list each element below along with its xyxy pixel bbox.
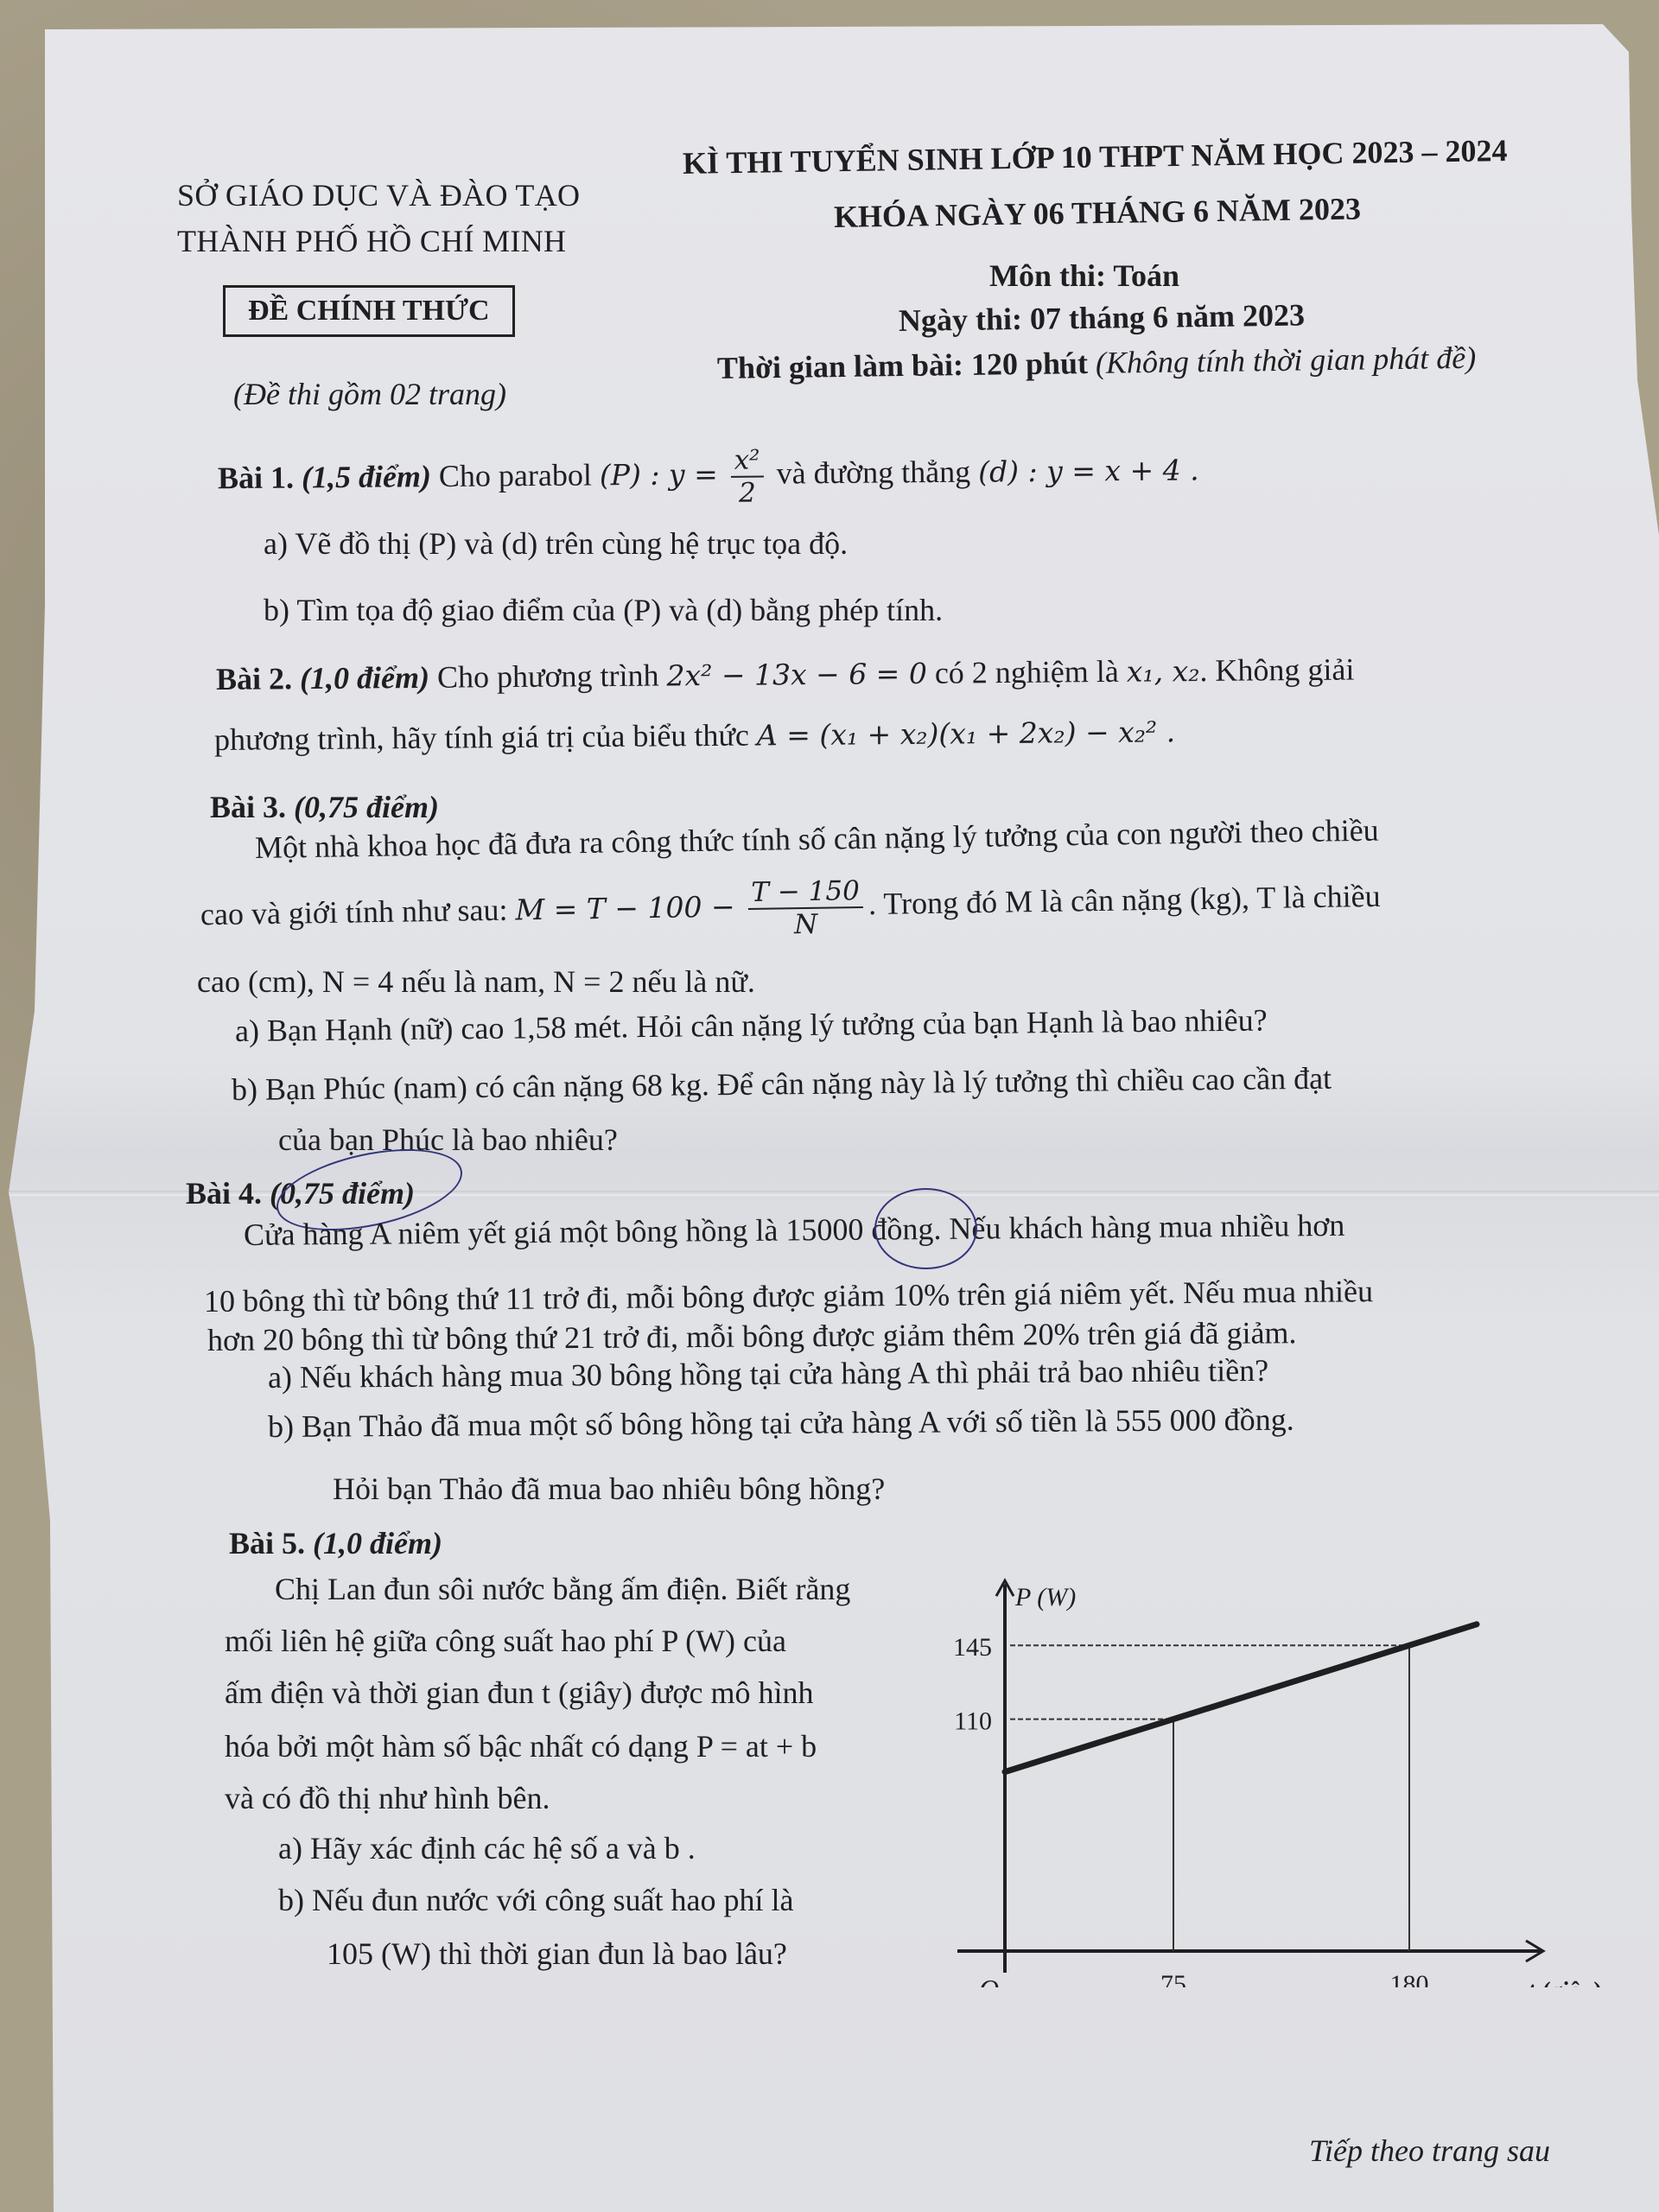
problem-3-text: cao và giới tính như sau: [200, 893, 508, 932]
expression-a: A = (x₁ + x₂)(x₁ + 2x₂) − x₂² . [757, 715, 1176, 752]
problem-3-label: Bài 3. [210, 790, 286, 824]
problem-4-line2: 10 bông thì từ bông thứ 11 trở đi, mỗi b… [204, 1273, 1373, 1319]
problem-1-intro-mid: và đường thẳng [776, 454, 970, 491]
x-tick-label: 180 [1390, 1970, 1429, 1987]
duration-label: Thời gian làm bài: 120 phút [717, 346, 1089, 385]
duration-note: (Không tính thời gian phát đề) [1096, 340, 1477, 380]
quadratic-equation: 2x² − 13x − 6 = 0 [666, 657, 927, 693]
exam-paper: SỞ GIÁO DỤC VÀ ĐÀO TẠO THÀNH PHỐ HỒ CHÍ … [0, 0, 1659, 2212]
problem-5-line4: hóa bởi một hàm số bậc nhất có dạng P = … [225, 1728, 817, 1764]
problem-2-label: Bài 2. [216, 661, 292, 696]
problem-5-line5: và có đồ thị như hình bên. [225, 1780, 550, 1816]
exam-subject: Môn thi: Toán [989, 257, 1179, 294]
roots: x₁, x₂ [1127, 654, 1200, 689]
problem-4b-line1: b) Bạn Thảo đã mua một số bông hồng tại … [268, 1402, 1294, 1445]
problem-4-label: Bài 4. [186, 1176, 262, 1211]
problem-4-text: Cửa hàng A niêm yết giá một bông hồng là [244, 1213, 779, 1252]
problem-5-line2: mối liên hệ giữa công suất hao phí P (W)… [225, 1623, 786, 1659]
problem-2-text: Cho phương trình [437, 658, 659, 695]
problem-2-points: (1,0 điểm) [300, 660, 429, 696]
problem-5-line1: Chị Lan đun sôi nước bằng ấm điện. Biết … [275, 1571, 850, 1607]
problem-3b-line1: b) Bạn Phúc (nam) có cân nặng 68 kg. Để … [232, 1060, 1332, 1108]
problem-5b-line2: 105 (W) thì thời gian đun là bao lâu? [327, 1935, 787, 1972]
problem-3-points: (0,75 điểm) [294, 790, 439, 824]
problem-3a: a) Bạn Hạnh (nữ) cao 1,58 mét. Hỏi cân n… [235, 1001, 1268, 1049]
parabola-name: (P) : y = [600, 457, 718, 492]
y-tick-label: 145 [953, 1633, 992, 1662]
problem-5-line3: ấm điện và thời gian đun t (giây) được m… [225, 1675, 813, 1711]
problem-2-text-2: phương trình, hãy tính giá trị của biểu … [214, 718, 749, 757]
origin-label: O [979, 1974, 999, 1987]
exam-title: KÌ THI TUYỂN SINH LỚP 10 THPT NĂM HỌC 20… [683, 132, 1508, 181]
problem-1a: a) Vẽ đồ thị (P) và (d) trên cùng hệ trụ… [264, 525, 848, 562]
rose-price: 15000 [785, 1212, 863, 1248]
problem-1-points: (1,5 điểm) [302, 459, 431, 494]
parabola-fraction: x²2 [730, 444, 764, 508]
official-exam-badge: ĐỀ CHÍNH THỨC [223, 285, 515, 337]
exam-date: Ngày thi: 07 tháng 6 năm 2023 [899, 296, 1306, 339]
exam-duration: Thời gian làm bài: 120 phút (Không tính … [717, 340, 1477, 386]
ink-circle-price [874, 1188, 977, 1269]
problem-3-line3: cao (cm), N = 4 nếu là nam, N = 2 nếu là… [197, 963, 755, 1000]
problem-1: Bài 1. (1,5 điểm) Cho parabol (P) : y = … [218, 441, 1199, 513]
problem-1b: b) Tìm tọa độ giao điểm của (P) và (d) b… [264, 592, 943, 628]
problem-2-text-end: . Không giải [1199, 652, 1354, 689]
line-equation: (d) : y = x + 4 . [978, 453, 1199, 488]
problem-1-intro: Cho parabol [439, 457, 592, 493]
exam-session: KHÓA NGÀY 06 THÁNG 6 NĂM 2023 [834, 190, 1362, 235]
x-tick-label: 75 [1160, 1970, 1186, 1987]
x-axis-label: t (giây) [1529, 1978, 1602, 1987]
problem-5-heading: Bài 5. (1,0 điểm) [229, 1525, 442, 1561]
problem-1-label: Bài 1. [218, 460, 294, 495]
city-name: THÀNH PHỐ HỒ CHÍ MINH [177, 223, 566, 259]
power-line [1005, 1624, 1477, 1772]
department-name: SỞ GIÁO DỤC VÀ ĐÀO TẠO [177, 177, 580, 213]
problem-2-text-mid: có 2 nghiệm là [935, 654, 1119, 690]
problem-2-line1: Bài 2. (1,0 điểm) Cho phương trình 2x² −… [216, 652, 1355, 697]
problem-3-line2: cao và giới tính như sau: M = T − 100 − … [200, 868, 1381, 950]
problem-3-heading: Bài 3. (0,75 điểm) [210, 789, 439, 825]
pages-note: (Đề thi gồm 02 trang) [233, 376, 506, 412]
continue-note: Tiếp theo trang sau [1309, 2133, 1550, 2169]
weight-formula-fraction: T − 150N [747, 875, 864, 941]
problem-2-line2: phương trình, hãy tính giá trị của biểu … [214, 713, 1176, 758]
problem-3b-line2: của bạn Phúc là bao nhiêu? [278, 1122, 618, 1158]
problem-4a: a) Nếu khách hàng mua 30 bông hồng tại c… [268, 1352, 1268, 1395]
y-tick-label: 110 [954, 1707, 992, 1736]
problem-4-line3: hơn 20 bông thì từ bông thứ 21 trở đi, m… [207, 1314, 1297, 1358]
weight-formula-lhs: M = T − 100 − [515, 890, 735, 927]
y-axis-label: P (W) [1014, 1583, 1076, 1611]
problem-4b-line2: Hỏi bạn Thảo đã mua bao nhiêu bông hồng? [333, 1471, 885, 1507]
problem-5b-line1: b) Nếu đun nước với công suất hao phí là [278, 1882, 793, 1918]
power-time-graph: 11014575180P (W)t (giây)O [933, 1503, 1659, 1987]
problem-3-text-post: . Trong đó M là cân nặng (kg), T là chiề… [868, 879, 1381, 921]
problem-5-points: (1,0 điểm) [313, 1526, 442, 1560]
problem-5a: a) Hãy xác định các hệ số a và b . [278, 1830, 696, 1866]
problem-5-label: Bài 5. [229, 1526, 305, 1560]
